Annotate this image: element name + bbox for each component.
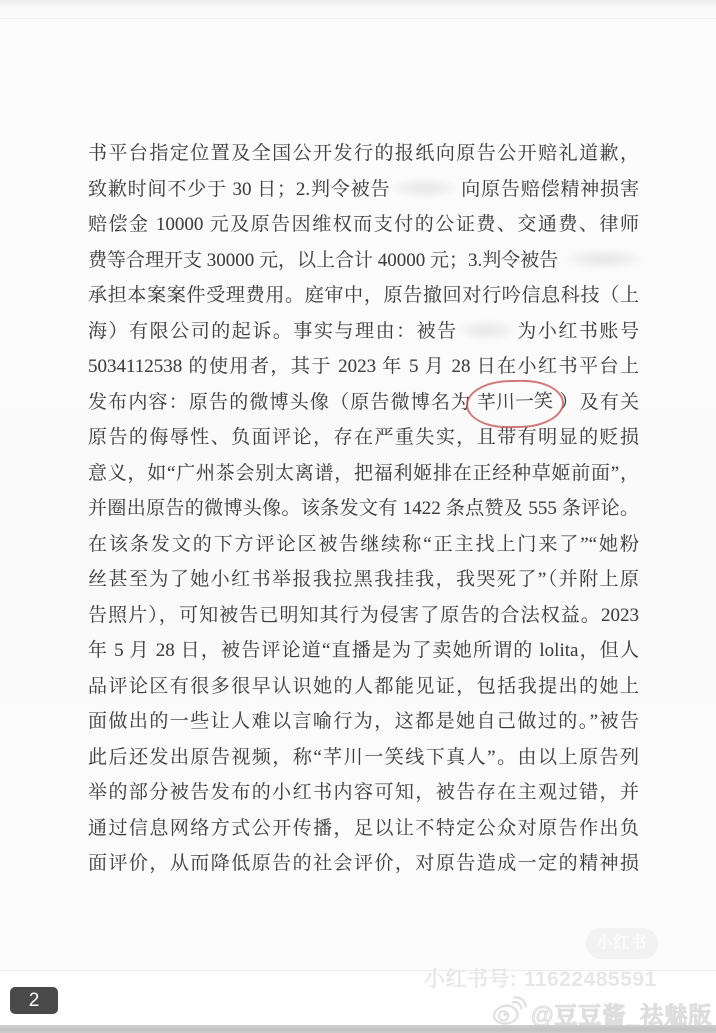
doc-line: 举的部分被告发布的小红书内容可知，被告存在主观过错，并	[88, 775, 639, 811]
doc-line: 面做出的一些让人难以言喻行为，这都是她自己做过的。”被告	[88, 704, 639, 740]
doc-text-segment: ）及有关	[558, 392, 639, 413]
page-number-badge: 2	[10, 987, 58, 1014]
doc-line: 致歉时间不少于 30 日；2.判令被告向原告赔偿精神损害	[88, 172, 639, 208]
document-photo: 书平台指定位置及全国公开发行的报纸向原告公开赔礼道歉， 致歉时间不少于 30 日…	[0, 0, 716, 971]
doc-text-segment: 为小红书账号	[516, 321, 639, 342]
doc-line: 告照片），可知被告已明知其行为侵害了原告的合法权益。2023	[88, 598, 639, 634]
bottom-edge-band	[0, 1025, 716, 1033]
doc-text-segment: 费等合理开支 30000 元，以上合计 40000 元；3.判令被告	[88, 250, 558, 271]
redaction-blur	[390, 177, 460, 199]
doc-line: 并圈出原告的微博头像。该条发文有 1422 条点赞及 555 条评论。	[88, 491, 639, 527]
doc-line: 5034112538 的使用者，其于 2023 年 5 月 28 日在小红书平台…	[88, 349, 639, 385]
doc-line: 发布内容：原告的微博头像（原告微博名为芊川一笑）及有关	[88, 385, 639, 421]
circled-weibo-name: 芊川一笑	[477, 391, 554, 414]
doc-line: 在该条发文的下方评论区被告继续称“正主找上门来了”“她粉	[88, 527, 639, 563]
doc-line: 丝甚至为了她小红书举报我拉黑我挂我，我哭死了”（并附上原	[88, 562, 639, 598]
doc-line: 面评价，从而降低原告的社会评价，对原告造成一定的精神损	[88, 846, 639, 882]
doc-text-segment: 致歉时间不少于 30 日；2.判令被告	[88, 179, 390, 200]
doc-text-segment: 海）有限公司的起诉。事实与理由：被告	[88, 321, 458, 342]
red-pen-circle-annotation: 芊川一笑	[466, 378, 565, 428]
doc-text-segment: 发布内容：原告的微博头像（原告微博名为	[88, 392, 471, 413]
doc-text-segment: 向原告赔偿精神损害	[460, 179, 639, 200]
xiaohongshu-logo: 小红书	[586, 928, 658, 959]
doc-line: 年 5 月 28 日，被告评论道“直播是为了卖她所谓的 lolita，但人	[88, 633, 639, 669]
doc-line: 费等合理开支 30000 元，以上合计 40000 元；3.判令被告	[88, 243, 639, 279]
doc-line: 原告的侮辱性、负面评论，存在严重失实，且带有明显的贬损	[88, 420, 639, 456]
doc-line: 赔偿金 10000 元及原告因维权而支付的公证费、交通费、律师	[88, 207, 639, 243]
doc-line: 意义，如“广州茶会别太离谱，把福利姬排在正经种草姬前面”，	[88, 456, 639, 492]
doc-line: 通过信息网络方式公开传播，足以让不特定公众对原告作出负	[88, 811, 639, 847]
document-body: 书平台指定位置及全国公开发行的报纸向原告公开赔礼道歉， 致歉时间不少于 30 日…	[88, 136, 639, 882]
doc-line: 此后还发出原告视频，称“芊川一笑线下真人”。由以上原告列	[88, 740, 639, 776]
doc-line: 海）有限公司的起诉。事实与理由：被告为小红书账号	[88, 314, 639, 350]
doc-line: 品评论区有很多很早认识她的人都能见证，包括我提出的她上	[88, 669, 639, 705]
xiaohongshu-id-watermark: 小红书号: 11622485591	[424, 963, 657, 993]
doc-line: 书平台指定位置及全国公开发行的报纸向原告公开赔礼道歉，	[88, 136, 639, 172]
redaction-blur	[562, 248, 645, 270]
doc-line: 承担本案案件受理费用。庭审中，原告撤回对行吟信息科技（上	[88, 278, 639, 314]
redaction-blur	[458, 319, 516, 341]
